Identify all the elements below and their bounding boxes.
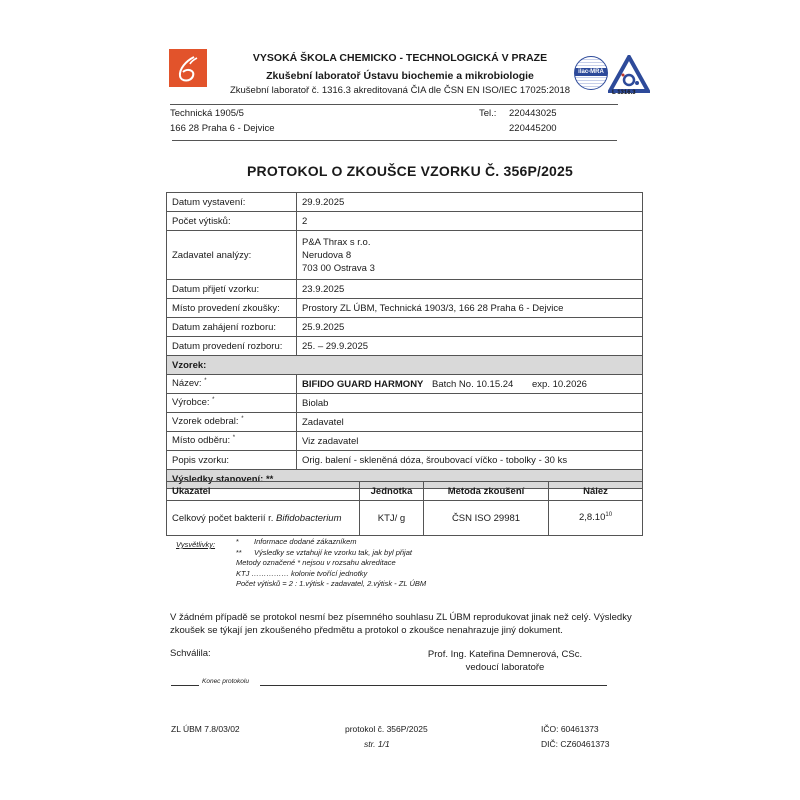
field-label: Zadavatel analýzy: xyxy=(167,231,297,280)
client-city: 703 00 Ostrava 3 xyxy=(302,262,637,275)
column-header: Jednotka xyxy=(360,482,424,501)
table-row: Název: * BIFIDO GUARD HARMONYBatch No. 1… xyxy=(167,375,643,394)
end-rule-right xyxy=(260,685,607,686)
tel-2: 220445200 xyxy=(509,123,557,134)
signatory-name: Prof. Ing. Kateřina Demnerová, CSc. xyxy=(410,648,600,661)
product-name: BIFIDO GUARD HARMONY xyxy=(302,379,432,390)
field-value: 25.9.2025 xyxy=(297,318,643,337)
end-rule-left xyxy=(171,685,199,686)
results-table: Ukazatel Jednotka Metoda zkoušení Nález … xyxy=(166,481,643,536)
ilac-mra-icon: ilac-MRA xyxy=(574,56,608,90)
field-label: Datum zahájení rozboru: xyxy=(167,318,297,337)
result-cell: 2,8.1010 xyxy=(549,501,643,536)
note-item: Počet výtisků = 2 : 1.výtisk - zadavatel… xyxy=(236,579,536,590)
table-row: Místo odběru: * Viz zadavatel xyxy=(167,432,643,451)
section-label: Vzorek: xyxy=(167,356,643,375)
client-name: P&A Thrax s r.o. xyxy=(302,236,637,249)
note-item: KTJ …………… kolonie tvořící jednotky xyxy=(236,569,536,580)
field-value: Prostory ZL ÚBM, Technická 1903/3, 166 2… xyxy=(297,299,643,318)
field-value: Viz zadavatel xyxy=(297,432,643,451)
institution-name: VYSOKÁ ŠKOLA CHEMICKO - TECHNOLOGICKÁ V … xyxy=(200,52,600,64)
page-number: str. 1/1 xyxy=(364,739,390,749)
header-rule xyxy=(170,104,618,105)
batch-number: Batch No. 10.15.24 xyxy=(432,379,532,390)
table-row: Datum přijetí vzorku: 23.9.2025 xyxy=(167,280,643,299)
indicator-cell: Celkový počet bakterií r. Bifidobacteriu… xyxy=(167,501,360,536)
field-value: Orig. balení - skleněná dóza, šroubovací… xyxy=(297,451,643,470)
table-row: Celkový počet bakterií r. Bifidobacteriu… xyxy=(167,501,643,536)
field-value: 2 xyxy=(297,212,643,231)
ico: IČO: 60461373 xyxy=(541,724,599,734)
field-label: Popis vzorku: xyxy=(167,451,297,470)
table-row: Výrobce: * Biolab xyxy=(167,394,643,413)
table-row: Datum vystavení: 29.9.2025 xyxy=(167,193,643,212)
footer-protocol-number: protokol č. 356P/2025 xyxy=(345,724,428,734)
table-row: Místo provedení zkoušky: Prostory ZL ÚBM… xyxy=(167,299,643,318)
address-street: Technická 1905/5 xyxy=(170,108,244,119)
disclaimer: V žádném případě se protokol nesmí bez p… xyxy=(170,611,640,637)
notes-list: *Informace dodané zákazníkem **Výsledky … xyxy=(236,537,536,590)
client-street: Nerudova 8 xyxy=(302,249,637,262)
table-row: Zadavatel analýzy: P&A Thrax s r.o. Neru… xyxy=(167,231,643,280)
accreditation-text: Zkušební laboratoř č. 1316.3 akreditovan… xyxy=(200,85,600,96)
protocol-info-table: Datum vystavení: 29.9.2025 Počet výtisků… xyxy=(166,192,643,489)
field-label: Datum vystavení: xyxy=(167,193,297,212)
document-code: ZL ÚBM 7.8/03/02 xyxy=(171,724,240,734)
column-header: Nález xyxy=(549,482,643,501)
note-item: **Výsledky se vztahují ke vzorku tak, ja… xyxy=(236,548,536,559)
page-title: PROTOKOL O ZKOUŠCE VZORKU Č. 356P/2025 xyxy=(170,163,650,179)
laboratory-name: Zkušební laboratoř Ústavu biochemie a mi… xyxy=(200,70,600,82)
tel-label: Tel.: xyxy=(479,108,496,119)
field-label: Výrobce: * xyxy=(167,394,297,413)
end-of-protocol: Konec protokolu xyxy=(202,678,249,685)
field-label: Místo odběru: * xyxy=(167,432,297,451)
signatory: Prof. Ing. Kateřina Demnerová, CSc. vedo… xyxy=(410,648,600,674)
approved-by-label: Schválila: xyxy=(170,648,211,659)
field-value: 25. – 29.9.2025 xyxy=(297,337,643,356)
table-row: Počet výtisků: 2 xyxy=(167,212,643,231)
expiry: exp. 10.2026 xyxy=(532,379,587,390)
column-header: Metoda zkoušení xyxy=(424,482,549,501)
cia-number: L 1316.3 xyxy=(612,90,636,96)
note-item: *Informace dodané zákazníkem xyxy=(236,537,536,548)
field-value: 23.9.2025 xyxy=(297,280,643,299)
table-row: Vzorek odebral: * Zadavatel xyxy=(167,413,643,432)
section-header-sample: Vzorek: xyxy=(167,356,643,375)
note-item: Metody označené * nejsou v rozsahu akred… xyxy=(236,558,536,569)
field-label: Místo provedení zkoušky: xyxy=(167,299,297,318)
unit-cell: KTJ/ g xyxy=(360,501,424,536)
field-value: Zadavatel xyxy=(297,413,643,432)
notes-label: Vysvětlivky: xyxy=(176,540,215,551)
field-label: Název: * xyxy=(167,375,297,394)
tel-1: 220443025 xyxy=(509,108,557,119)
field-value: Biolab xyxy=(297,394,643,413)
address-rule xyxy=(172,140,617,141)
results-header-row: Ukazatel Jednotka Metoda zkoušení Nález xyxy=(167,482,643,501)
field-label: Vzorek odebral: * xyxy=(167,413,297,432)
field-label: Počet výtisků: xyxy=(167,212,297,231)
field-value: BIFIDO GUARD HARMONYBatch No. 10.15.24ex… xyxy=(297,375,643,394)
field-value: 29.9.2025 xyxy=(297,193,643,212)
column-header: Ukazatel xyxy=(167,482,360,501)
table-row: Popis vzorku: Orig. balení - skleněná dó… xyxy=(167,451,643,470)
field-label: Datum přijetí vzorku: xyxy=(167,280,297,299)
field-label: Datum provedení rozboru: xyxy=(167,337,297,356)
dic: DIČ: CZ60461373 xyxy=(541,739,610,749)
table-row: Datum zahájení rozboru: 25.9.2025 xyxy=(167,318,643,337)
address-city: 166 28 Praha 6 - Dejvice xyxy=(170,123,275,134)
table-row: Datum provedení rozboru: 25. – 29.9.2025 xyxy=(167,337,643,356)
method-cell: ČSN ISO 29981 xyxy=(424,501,549,536)
field-value: P&A Thrax s r.o. Nerudova 8 703 00 Ostra… xyxy=(297,231,643,280)
signatory-role: vedoucí laboratoře xyxy=(410,661,600,674)
